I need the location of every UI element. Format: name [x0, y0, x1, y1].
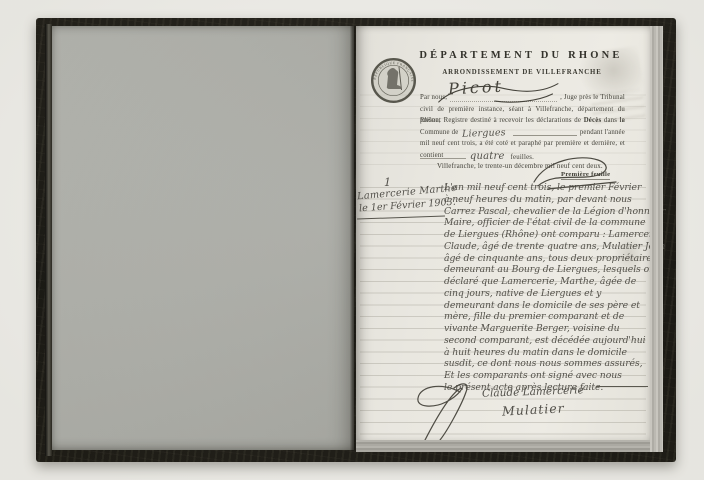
act-number: 1	[384, 176, 391, 189]
act-handwritten-line: de Liergues (Rhône) ont comparu : Lamerc…	[444, 229, 648, 241]
act-handwritten-line: déclaré que Lamercerie, Marthe, âgée de	[444, 276, 648, 288]
preamble-line-3: présent Registre destiné à recevoir les …	[420, 115, 625, 127]
act-handwritten-line: cinq jours, native de Liergues et y	[444, 288, 648, 300]
act-handwritten-line: mère, fille du premier comparant et de	[444, 311, 648, 323]
act-handwritten-line: demeurant au Bourg de Liergues, lesquels…	[444, 264, 648, 276]
pendant-annee-label: pendant l'année	[580, 127, 625, 139]
page-stack-bottom-edge	[356, 440, 650, 452]
republique-francaise-seal-icon: RÉPUBLIQUE FRANÇAISE	[370, 57, 417, 104]
act-handwritten-line: vivante Marguerite Berger, voisine du	[444, 323, 648, 335]
count-fill-rule	[420, 150, 466, 159]
book-spine-edge	[45, 24, 52, 456]
register-book: DÉPARTEMENT DU RHONE ARRONDISSEMENT DE V…	[36, 18, 676, 462]
act-handwritten-line: à neuf heures du matin, par devant nous	[444, 194, 648, 206]
paraph-flourish	[528, 152, 620, 194]
act-handwritten-line: Carrez Pascal, chevalier de la Légion d'…	[444, 206, 648, 218]
sheet-count-handwritten: quatre	[470, 151, 505, 162]
book-gutter-shadow	[350, 26, 356, 450]
act-handwritten-line: âgé de cinquante ans, tous deux propriét…	[444, 253, 648, 265]
act-handwritten-line: susdit, ce dont nous nous sommes assurés…	[444, 358, 648, 370]
act-handwritten-line: à huit heures du matin dans le domicile	[444, 347, 648, 359]
act-handwritten-line: Maire, officier de l'état civil de la co…	[444, 217, 648, 229]
act-closing-rule	[596, 386, 648, 387]
left-blank-page	[52, 26, 354, 450]
scanned-photo-background: DÉPARTEMENT DU RHONE ARRONDISSEMENT DE V…	[0, 0, 704, 480]
commune-fill-rule	[513, 127, 577, 136]
judge-signature: Picot	[448, 77, 505, 99]
death-act-body: L'an mil neuf cent trois, le premier Fév…	[444, 182, 648, 394]
act-handwritten-line: Claude, âgé de trente quatre ans, Mulati…	[444, 241, 648, 253]
page-stack-right-edge	[650, 26, 663, 452]
act-handwritten-line: second comparant, est décédée aujourd'hu…	[444, 335, 648, 347]
commune-label: Commune de	[420, 127, 458, 139]
act-handwritten-line: demeurant dans le domicile de ses père e…	[444, 300, 648, 312]
preamble-line-5: mil neuf cent trois, a été coté et parap…	[420, 138, 625, 150]
juge-label: , Juge près le Tribunal	[560, 92, 625, 104]
preamble-line-4: Commune de Liergues pendant l'année	[420, 127, 625, 139]
deces-bold-word: Décès	[584, 117, 602, 124]
right-register-page: DÉPARTEMENT DU RHONE ARRONDISSEMENT DE V…	[356, 26, 650, 440]
